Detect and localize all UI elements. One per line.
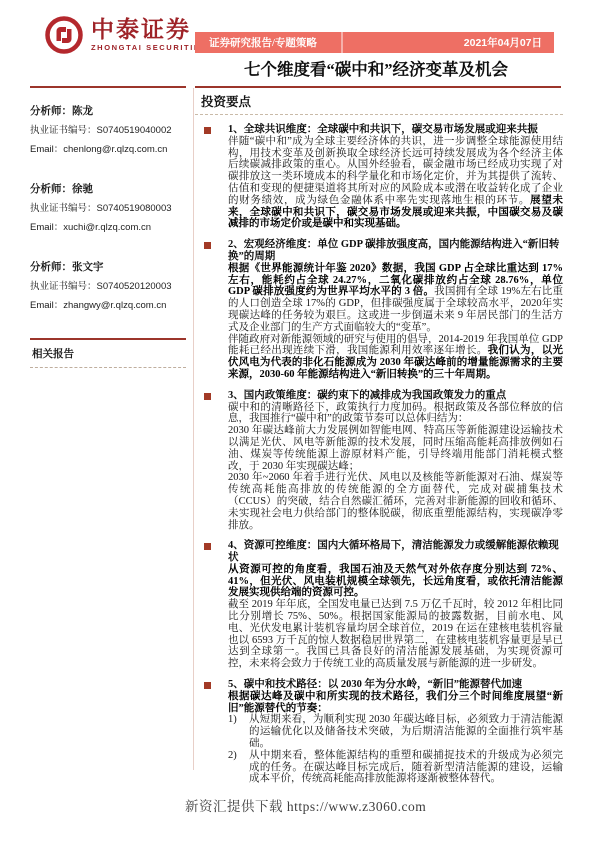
column-divider xyxy=(193,88,194,770)
cert-label: 执业证书编号： xyxy=(30,125,97,136)
analyst-list: 分析师：陈龙执业证书编号：S0740519040002Email：chenlon… xyxy=(30,105,188,312)
email-value: xuchi@r.qlzq.com.cn xyxy=(63,222,151,233)
report-section: 5、碳中和技术路径：以 2030 年为分水岭，“新旧”能源替代加速根据碳达峰及碳… xyxy=(195,679,563,785)
text-run: 截至 2019 年年底，全国发电量已达到 7.5 万亿千瓦时，较 2012 年相… xyxy=(228,599,563,669)
related-reports-dash xyxy=(30,367,186,368)
text-run: 从短期来看，为顺利实现 2030 年碳达峰目标，必须致力于清洁能源的运输优化以及… xyxy=(249,714,563,749)
text-run: 2030 年~2060 年着手进行光伏、风电以及核能等新能源对石油、煤炭等传统高… xyxy=(228,472,563,530)
report-type-banner: 证券研究报告/专题策略 2021年04月07日 xyxy=(195,32,554,53)
section-paragraph: 伴随政府对新能源领域的研究与使用的倡导，2014-2019 年我国单位 GDP … xyxy=(228,334,563,381)
email-value: chenlong@r.qlzq.com.cn xyxy=(63,144,167,155)
analyst-cert-line: 执业证书编号：S0740519080003 xyxy=(30,203,188,215)
text-run: 2030 年碳达峰前大力发展例如智能电网、特高压等新能源建设运输技术以满足光伏、… xyxy=(228,425,563,471)
text-run: 碳中和的清晰路径下，政策执行力度加码。根据政策及各部位释放的信息，我国推行“碳中… xyxy=(228,402,563,425)
analyst-role-label: 分析师： xyxy=(30,184,72,195)
brand-name-en: ZHONGTAI SECURITIES xyxy=(91,44,207,52)
section-heading: 1、全球共识维度：全球碳中和共识下，碳交易市场发展或迎来共振 xyxy=(228,124,563,136)
analyst-email-line: Email：zhangwy@r.qlzq.com.cn xyxy=(30,300,188,312)
cert-number: S0740519080003 xyxy=(97,203,172,214)
zhongtai-emblem-icon xyxy=(44,15,84,55)
text-run: 根据碳达峰及碳中和所实现的技术路径，我们分三个时间维度展望“新旧”能源替代的节奏… xyxy=(228,691,563,714)
cert-number: S0740520120003 xyxy=(97,281,172,292)
cert-label: 执业证书编号： xyxy=(30,203,97,214)
list-item-text: 从短期来看，为顺利实现 2030 年碳达峰目标，必须致力于清洁能源的运输优化以及… xyxy=(249,714,563,749)
bullet-square-icon xyxy=(204,127,211,134)
analyst-block: 分析师：陈龙执业证书编号：S0740519040002Email：chenlon… xyxy=(30,105,188,156)
list-item-number: 1) xyxy=(228,714,249,749)
section-heading: 3、国内政策维度：碳约束下的减排成为我国政策发力的重点 xyxy=(228,390,563,402)
analyst-block: 分析师：张文宇执业证书编号：S0740520120003Email：zhangw… xyxy=(30,261,188,312)
bullet-square-icon xyxy=(204,393,211,400)
download-source-text: 新资汇提供下载 https://www.z3060.com xyxy=(185,795,426,815)
analyst-role-label: 分析师： xyxy=(30,106,72,117)
cert-label: 执业证书编号： xyxy=(30,281,97,292)
section-paragraph: 截至 2019 年年底，全国发电量已达到 7.5 万亿千瓦时，较 2012 年相… xyxy=(228,599,563,670)
analyst-name-value: 张文宇 xyxy=(72,262,104,273)
main-content: 投资要点 1、全球共识维度：全球碳中和共识下，碳交易市场发展或迎来共振伴随“碳中… xyxy=(195,88,563,785)
text-run: 从中期来看，整体能源结构的重塑和碳捕捉技术的升级成为必须完成的任务。在碳达峰目标… xyxy=(249,750,563,785)
report-section: 1、全球共识维度：全球碳中和共识下，碳交易市场发展或迎来共振伴随“碳中和”成为全… xyxy=(195,124,563,230)
numbered-list-item: 2)从中期来看，整体能源结构的重塑和碳捕捉技术的升级成为必须完成的任务。在碳达峰… xyxy=(228,750,563,785)
brand-name-cn: 中泰证券 xyxy=(91,18,207,41)
list-item-text: 从中期来看，整体能源结构的重塑和碳捕捉技术的升级成为必须完成的任务。在碳达峰目标… xyxy=(249,750,563,785)
analyst-name-value: 徐驰 xyxy=(72,184,93,195)
keypoints-dash xyxy=(195,114,563,115)
bullet-square-icon xyxy=(204,543,211,550)
report-type-label: 证券研究报告/专题策略 xyxy=(195,35,317,50)
analyst-email-line: Email：chenlong@r.qlzq.com.cn xyxy=(30,144,188,156)
sections-container: 1、全球共识维度：全球碳中和共识下，碳交易市场发展或迎来共振伴随“碳中和”成为全… xyxy=(195,124,563,785)
related-reports-title: 相关报告 xyxy=(30,340,188,367)
bullet-square-icon xyxy=(204,682,211,689)
email-label: Email： xyxy=(30,222,63,233)
section-heading: 4、资源可控维度：国内大循环格局下，清洁能源发力或缓解能源依赖现状 xyxy=(228,540,563,564)
report-section: 3、国内政策维度：碳约束下的减排成为我国政策发力的重点碳中和的清晰路径下，政策执… xyxy=(195,390,563,532)
report-date: 2021年04月07日 xyxy=(464,35,554,50)
text-run: 从资源可控的角度看，我国石油及天然气对外依存度分别达到 72%、41%，但光伏、… xyxy=(228,564,563,599)
section-paragraph: 2030 年碳达峰前大力发展例如智能电网、特高压等新能源建设运输技术以满足光伏、… xyxy=(228,425,563,472)
analyst-name: 分析师：陈龙 xyxy=(30,105,188,118)
report-section: 2、宏观经济维度：单位 GDP 碳排放强度高，国内能源结构进入“新旧转换”的周期… xyxy=(195,239,563,381)
email-value: zhangwy@r.qlzq.com.cn xyxy=(63,300,166,311)
section-heading: 2、宏观经济维度：单位 GDP 碳排放强度高，国内能源结构进入“新旧转换”的周期 xyxy=(228,239,563,263)
banner-divider xyxy=(341,32,343,53)
analyst-name: 分析师：张文宇 xyxy=(30,261,188,274)
analyst-cert-line: 执业证书编号：S0740520120003 xyxy=(30,281,188,293)
analyst-name-value: 陈龙 xyxy=(72,106,93,117)
analyst-sidebar: 分析师：陈龙执业证书编号：S0740519040002Email：chenlon… xyxy=(30,88,188,368)
page-title: 七个维度看“碳中和”经济变革及机会 xyxy=(195,56,557,80)
keypoints-title: 投资要点 xyxy=(195,88,563,114)
section-paragraph: 根据《世界能源统计年鉴 2020》数据，我国 GDP 占全球比重达到 17%左右… xyxy=(228,263,563,334)
text-run: 伴随“碳中和”成为全球主要经济体的共识，进一步调整全球能源使用结构，用技术变革及… xyxy=(228,136,563,206)
section-heading: 5、碳中和技术路径：以 2030 年为分水岭，“新旧”能源替代加速 xyxy=(228,679,563,691)
email-label: Email： xyxy=(30,144,63,155)
analyst-email-line: Email：xuchi@r.qlzq.com.cn xyxy=(30,222,188,234)
analyst-name: 分析师：徐驰 xyxy=(30,183,188,196)
section-paragraph: 碳中和的清晰路径下，政策执行力度加码。根据政策及各部位释放的信息，我国推行“碳中… xyxy=(228,402,563,426)
related-reports-block: 相关报告 xyxy=(30,338,188,368)
bullet-square-icon xyxy=(204,242,211,249)
section-paragraph: 2030 年~2060 年着手进行光伏、风电以及核能等新能源对石油、煤炭等传统高… xyxy=(228,472,563,531)
cert-number: S0740519040002 xyxy=(97,125,172,136)
numbered-list-item: 1)从短期来看，为顺利实现 2030 年碳达峰目标，必须致力于清洁能源的运输优化… xyxy=(228,714,563,749)
section-paragraph: 根据碳达峰及碳中和所实现的技术路径，我们分三个时间维度展望“新旧”能源替代的节奏… xyxy=(228,691,563,715)
section-paragraph: 从资源可控的角度看，我国石油及天然气对外依存度分别达到 72%、41%，但光伏、… xyxy=(228,564,563,599)
report-page: 中泰证券 ZHONGTAI SECURITIES 证券研究报告/专题策略 202… xyxy=(0,0,596,842)
section-paragraph: 伴随“碳中和”成为全球主要经济体的共识，进一步调整全球能源使用结构，用技术变革及… xyxy=(228,136,563,230)
analyst-role-label: 分析师： xyxy=(30,262,72,273)
report-section: 4、资源可控维度：国内大循环格局下，清洁能源发力或缓解能源依赖现状从资源可控的角… xyxy=(195,540,563,670)
email-label: Email： xyxy=(30,300,63,311)
list-item-number: 2) xyxy=(228,750,249,785)
analyst-block: 分析师：徐驰执业证书编号：S0740519080003Email：xuchi@r… xyxy=(30,183,188,234)
brand-logo: 中泰证券 ZHONGTAI SECURITIES xyxy=(44,15,207,55)
analyst-cert-line: 执业证书编号：S0740519040002 xyxy=(30,125,188,137)
